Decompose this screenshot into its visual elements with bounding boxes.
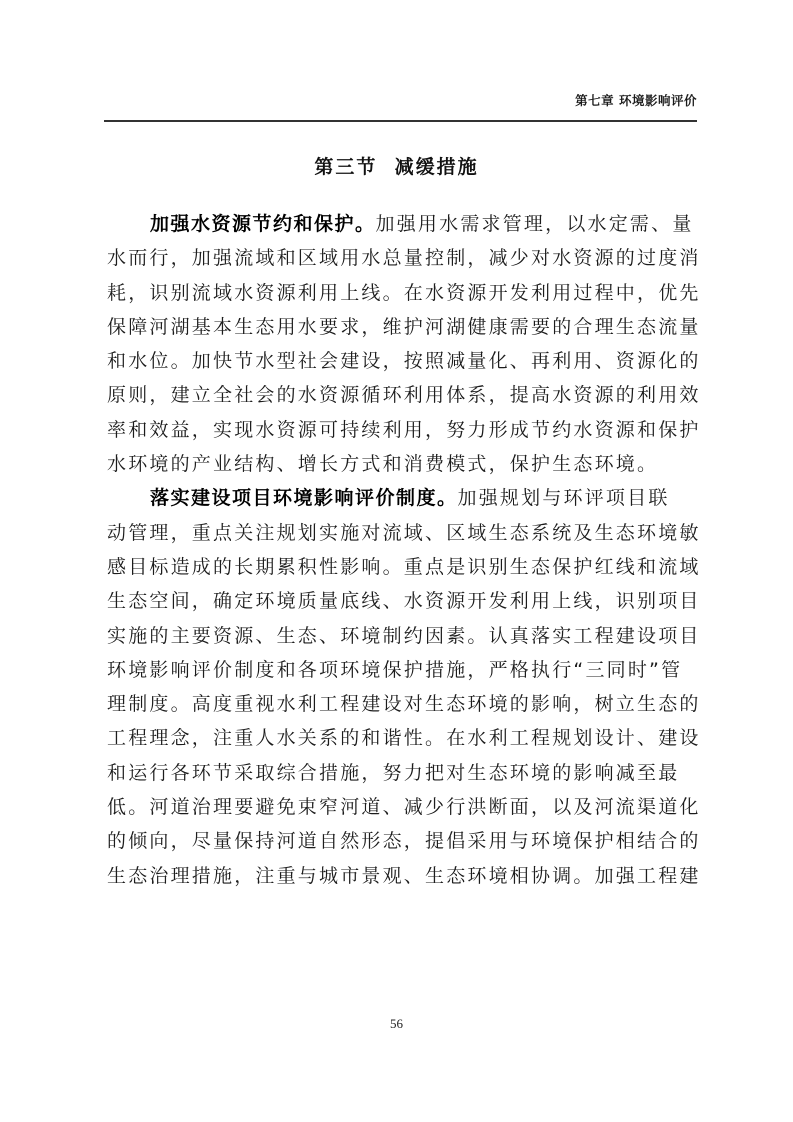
paragraph-line: 低。河道治理要避免束窄河道、减少行洪断面，以及河流渠道化: [107, 790, 693, 824]
paragraph-line: 实施的主要资源、生态、环境制约因素。认真落实工程建设项目: [107, 619, 693, 653]
paragraph-line: 水环境的产业结构、增长方式和消费模式，保护生态环境。: [107, 447, 693, 481]
paragraph-line: 的倾向，尽量保持河道自然形态，提倡采用与环境保护相结合的: [107, 824, 693, 858]
body-text: 加强水资源节约和保护。加强用水需求管理，以水定需、量 水而行，加强流域和区域用水…: [107, 207, 693, 893]
paragraph-line: 加强水资源节约和保护。加强用水需求管理，以水定需、量: [107, 207, 693, 241]
paragraph-lead-heading: 落实建设项目环境影响评价制度。: [150, 487, 458, 509]
paragraph-line: 工程理念，注重人水关系的和谐性。在水利工程规划设计、建设: [107, 721, 693, 755]
section-title: 第三节 减缓措施: [0, 152, 793, 179]
paragraph-line: 水而行，加强流域和区域用水总量控制，减少对水资源的过度消: [107, 241, 693, 275]
paragraph-line: 动管理，重点关注规划实施对流域、区域生态系统及生态环境敏: [107, 516, 693, 550]
paragraph-line: 率和效益，实现水资源可持续利用，努力形成节约水资源和保护: [107, 413, 693, 447]
paragraph-line: 落实建设项目环境影响评价制度。加强规划与环评项目联: [107, 481, 693, 515]
paragraph-line: 和运行各环节采取综合措施，努力把对生态环境的影响减至最: [107, 756, 693, 790]
paragraph-line: 保障河湖基本生态用水要求，维护河湖健康需要的合理生态流量: [107, 310, 693, 344]
paragraph-line: 生态治理措施，注重与城市景观、生态环境相协调。加强工程建: [107, 859, 693, 893]
paragraph-water-resources: 加强水资源节约和保护。加强用水需求管理，以水定需、量 水而行，加强流域和区域用水…: [107, 207, 693, 481]
paragraph-eia-system: 落实建设项目环境影响评价制度。加强规划与环评项目联 动管理，重点关注规划实施对流…: [107, 481, 693, 893]
paragraph-line: 耗，识别流域水资源利用上线。在水资源开发利用过程中，优先: [107, 276, 693, 310]
paragraph-line: 理制度。高度重视水利工程建设对生态环境的影响，树立生态的: [107, 687, 693, 721]
header-divider: [104, 120, 697, 122]
paragraph-line: 生态空间，确定环境质量底线、水资源开发利用上线，识别项目: [107, 584, 693, 618]
paragraph-line: 环境影响评价制度和各项环境保护措施，严格执行“三同时”管: [107, 653, 693, 687]
paragraph-text: 加强用水需求管理，以水定需、量: [376, 213, 694, 235]
paragraph-line: 原则，建立全社会的水资源循环利用体系，提高水资源的利用效: [107, 378, 693, 412]
paragraph-lead-heading: 加强水资源节约和保护。: [150, 213, 376, 235]
paragraph-text: 加强规划与环评项目联: [458, 487, 670, 509]
paragraph-line: 和水位。加快节水型社会建设，按照减量化、再利用、资源化的: [107, 344, 693, 378]
paragraph-line: 感目标造成的长期累积性影响。重点是识别生态保护红线和流域: [107, 550, 693, 584]
running-header-chapter-title: 第七章 环境影响评价: [575, 91, 697, 109]
page-number: 56: [0, 1016, 793, 1032]
